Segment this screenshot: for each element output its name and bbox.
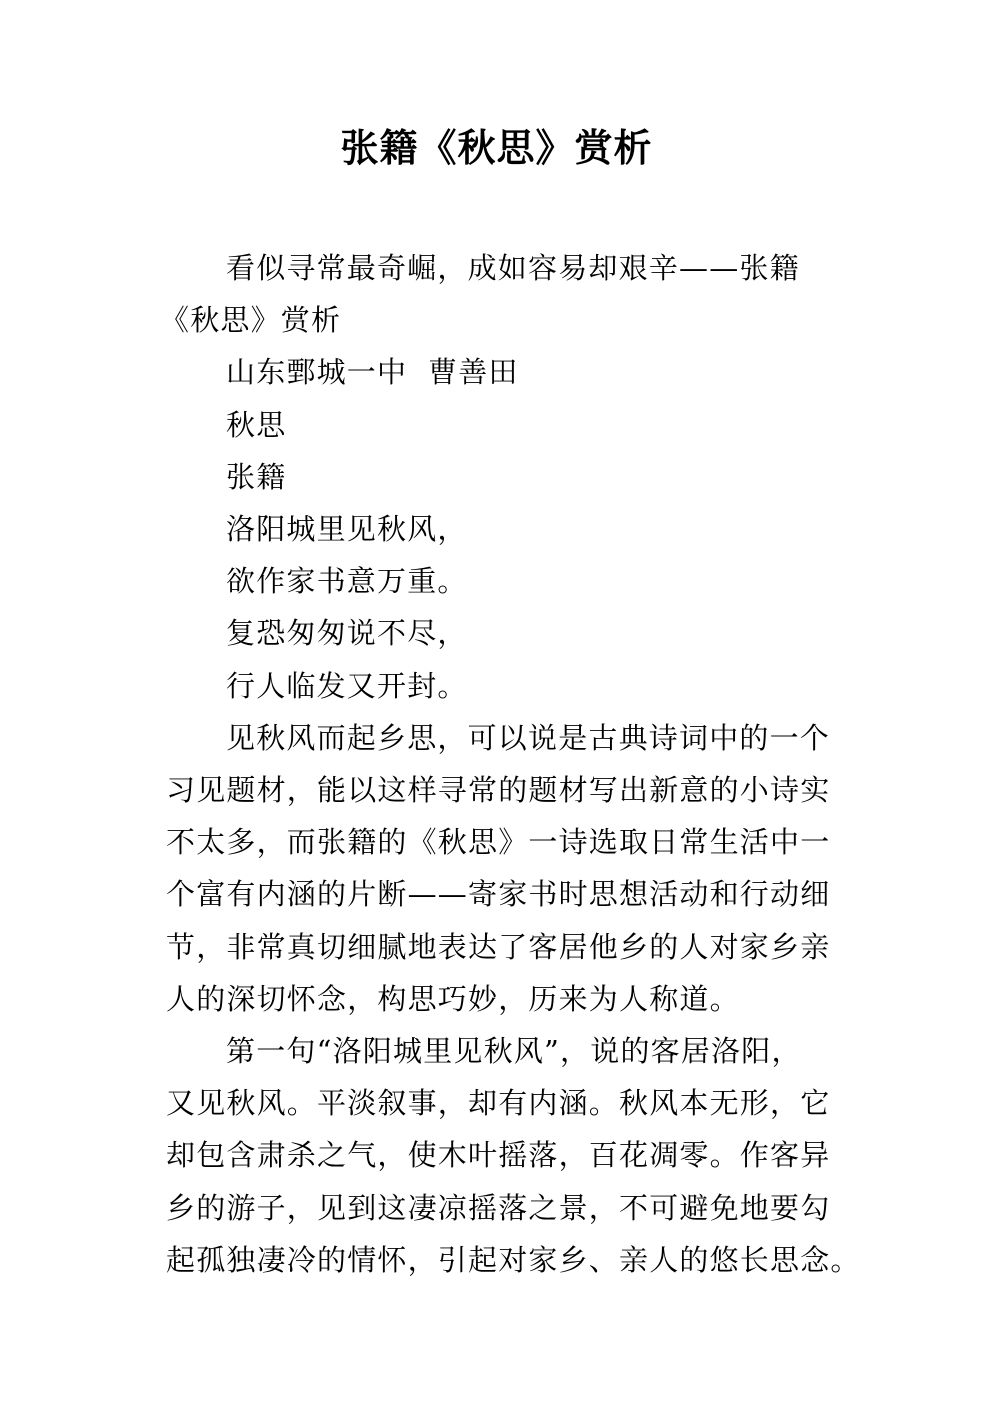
paragraph-line: 人的深切怀念，构思巧妙，历来为人称道。 <box>166 973 846 1025</box>
paragraph-line: 第一句“洛阳城里见秋风”，说的客居洛阳， <box>166 1025 846 1077</box>
poem-body: 洛阳城里见秋风， 欲作家书意万重。 复恐匆匆说不尽， 行人临发又开封。 <box>166 503 846 712</box>
poem-line: 行人临发又开封。 <box>166 660 846 712</box>
poem-author: 张籍 <box>166 451 846 503</box>
paragraph-line: 习见题材，能以这样寻常的题材写出新意的小诗实 <box>166 764 846 816</box>
document-page: 张籍《秋思》赏析 看似寻常最奇崛，成如容易却艰辛——张籍 《秋思》赏析 山东鄄城… <box>0 0 993 1404</box>
poem-line: 复恐匆匆说不尽， <box>166 607 846 659</box>
paragraph-line: 不太多，而张籍的《秋思》一诗选取日常生活中一 <box>166 816 846 868</box>
subtitle-line: 看似寻常最奇崛，成如容易却艰辛——张籍 <box>166 242 846 294</box>
paragraph-line: 乡的游子，见到这凄凉摇落之景，不可避免地要勾 <box>166 1182 846 1234</box>
paragraph-2: 第一句“洛阳城里见秋风”，说的客居洛阳， 又见秋风。平淡叙事，却有内涵。秋风本无… <box>166 1025 846 1286</box>
subtitle-line: 《秋思》赏析 <box>160 294 846 346</box>
paragraph-line: 个富有内涵的片断——寄家书时思想活动和行动细 <box>166 868 846 920</box>
paragraph-line: 节，非常真切细腻地表达了客居他乡的人对家乡亲 <box>166 921 846 973</box>
document-body: 看似寻常最奇崛，成如容易却艰辛——张籍 《秋思》赏析 山东鄄城一中 曹善田 秋思… <box>166 242 846 1286</box>
poem-line: 欲作家书意万重。 <box>166 555 846 607</box>
paragraph-line: 起孤独凄冷的情怀，引起对家乡、亲人的悠长思念。 <box>166 1234 846 1286</box>
document-title: 张籍《秋思》赏析 <box>0 122 993 174</box>
paragraph-line: 见秋风而起乡思，可以说是古典诗词中的一个 <box>166 712 846 764</box>
paragraph-line: 又见秋风。平淡叙事，却有内涵。秋风本无形，它 <box>166 1077 846 1129</box>
paragraph-1: 见秋风而起乡思，可以说是古典诗词中的一个 习见题材，能以这样寻常的题材写出新意的… <box>166 712 846 1025</box>
author-line: 山东鄄城一中 曹善田 <box>166 346 846 398</box>
paragraph-line: 却包含肃杀之气，使木叶摇落，百花凋零。作客异 <box>166 1129 846 1181</box>
poem-title: 秋思 <box>166 399 846 451</box>
poem-line: 洛阳城里见秋风， <box>166 503 846 555</box>
article-subtitle: 看似寻常最奇崛，成如容易却艰辛——张籍 《秋思》赏析 <box>166 242 846 346</box>
